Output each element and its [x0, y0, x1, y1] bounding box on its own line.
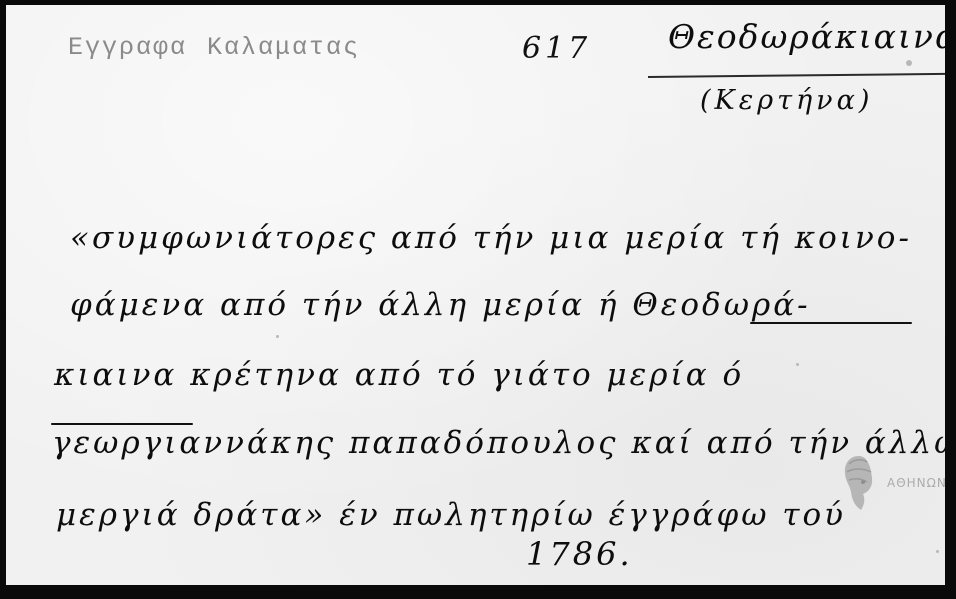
- paper-speck: [796, 363, 799, 366]
- paper-speck: [936, 550, 939, 553]
- watermark-text: ΑΘΗΝΩΝ: [887, 476, 945, 490]
- paper-speck: [276, 335, 279, 338]
- document-year: 1786.: [526, 535, 633, 573]
- scan-frame: ΕγγραφαΚαλαματας 617 Θεοδωράκιαιναί (Κερ…: [0, 0, 956, 599]
- typed-collection-title: ΕγγραφαΚαλαματας: [68, 33, 360, 62]
- card-number: 617: [522, 31, 591, 66]
- archive-index-card: ΕγγραφαΚαλαματας 617 Θεοδωράκιαιναί (Κερ…: [6, 5, 945, 585]
- quote-line-4: γεωργιαννάκης παπαδόπουλος καί από τήν ά…: [52, 425, 945, 461]
- quote-line-1: «συμφωνιάτορες από τήν μια μερία τή κοιν…: [70, 220, 912, 256]
- quote-line-2: φάμενα από τήν άλλη μερία ή Θεοδωρά-: [70, 287, 811, 323]
- typed-title-word-kalamata: Καλαματας: [207, 33, 360, 62]
- paper-speck: [906, 60, 912, 66]
- quote-line-5: μεργιά δράτα» έν πωλητηρίω έγγράφω τού: [56, 497, 846, 533]
- athena-head-icon: [841, 452, 877, 512]
- academy-watermark-stamp: ΑΘΗΝΩΝ: [841, 452, 945, 516]
- typed-title-word-documents: Εγγραφα: [68, 33, 187, 62]
- surname-rule-divider: [648, 73, 945, 78]
- quote-line-3: κιαινα κρέτηνα από τό γιάτο μερία ό: [54, 357, 744, 393]
- surname-heading: Θεοδωράκιαιναί: [668, 17, 945, 56]
- underline-surname-part-1: [750, 322, 912, 324]
- origin-note: (Κερτήνα): [700, 85, 873, 116]
